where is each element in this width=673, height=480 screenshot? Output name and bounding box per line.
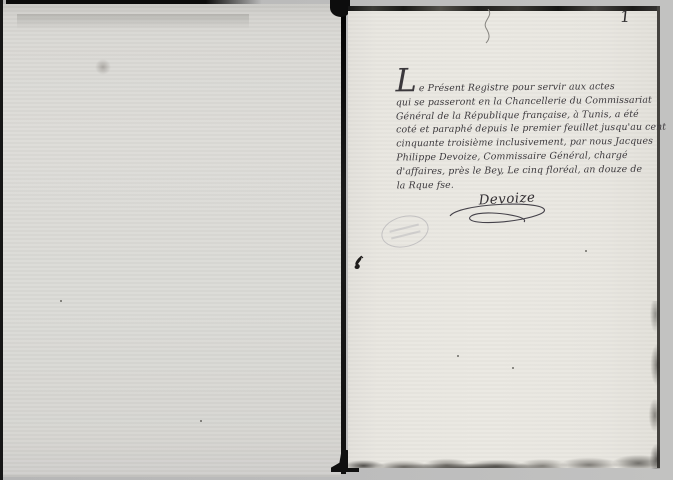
left-page-blank-verso: [3, 4, 341, 477]
right-page-right-edge-stains: [645, 301, 660, 469]
paper-speck: [60, 300, 62, 302]
spine-top-blob: [330, 0, 350, 17]
signature-flourish-icon: [440, 198, 556, 228]
scanned-register-spread: 1 Le Présent Registre pour servir aux ac…: [0, 0, 673, 480]
right-page-bottom-stains: [348, 446, 657, 468]
book-spine-gutter: [341, 0, 346, 474]
paper-speck: [457, 355, 459, 357]
book-top-edge-bar: [6, 0, 262, 4]
paper-speck: [512, 367, 514, 369]
left-page-top-shadow: [17, 14, 249, 29]
manuscript-line: d'affaires, près le Bey, Le cinq floréal…: [396, 162, 660, 179]
thread-fiber-icon: [479, 9, 501, 44]
page-number: 1: [619, 7, 631, 26]
paper-speck: [585, 250, 587, 252]
faint-smudge-mark: [95, 59, 111, 75]
right-page-top-edge-stain: [348, 6, 657, 11]
manuscript-text-block: Le Présent Registre pour servir aux acte…: [395, 50, 660, 193]
paper-speck: [200, 420, 202, 422]
ink-blot-icon: [351, 255, 365, 273]
